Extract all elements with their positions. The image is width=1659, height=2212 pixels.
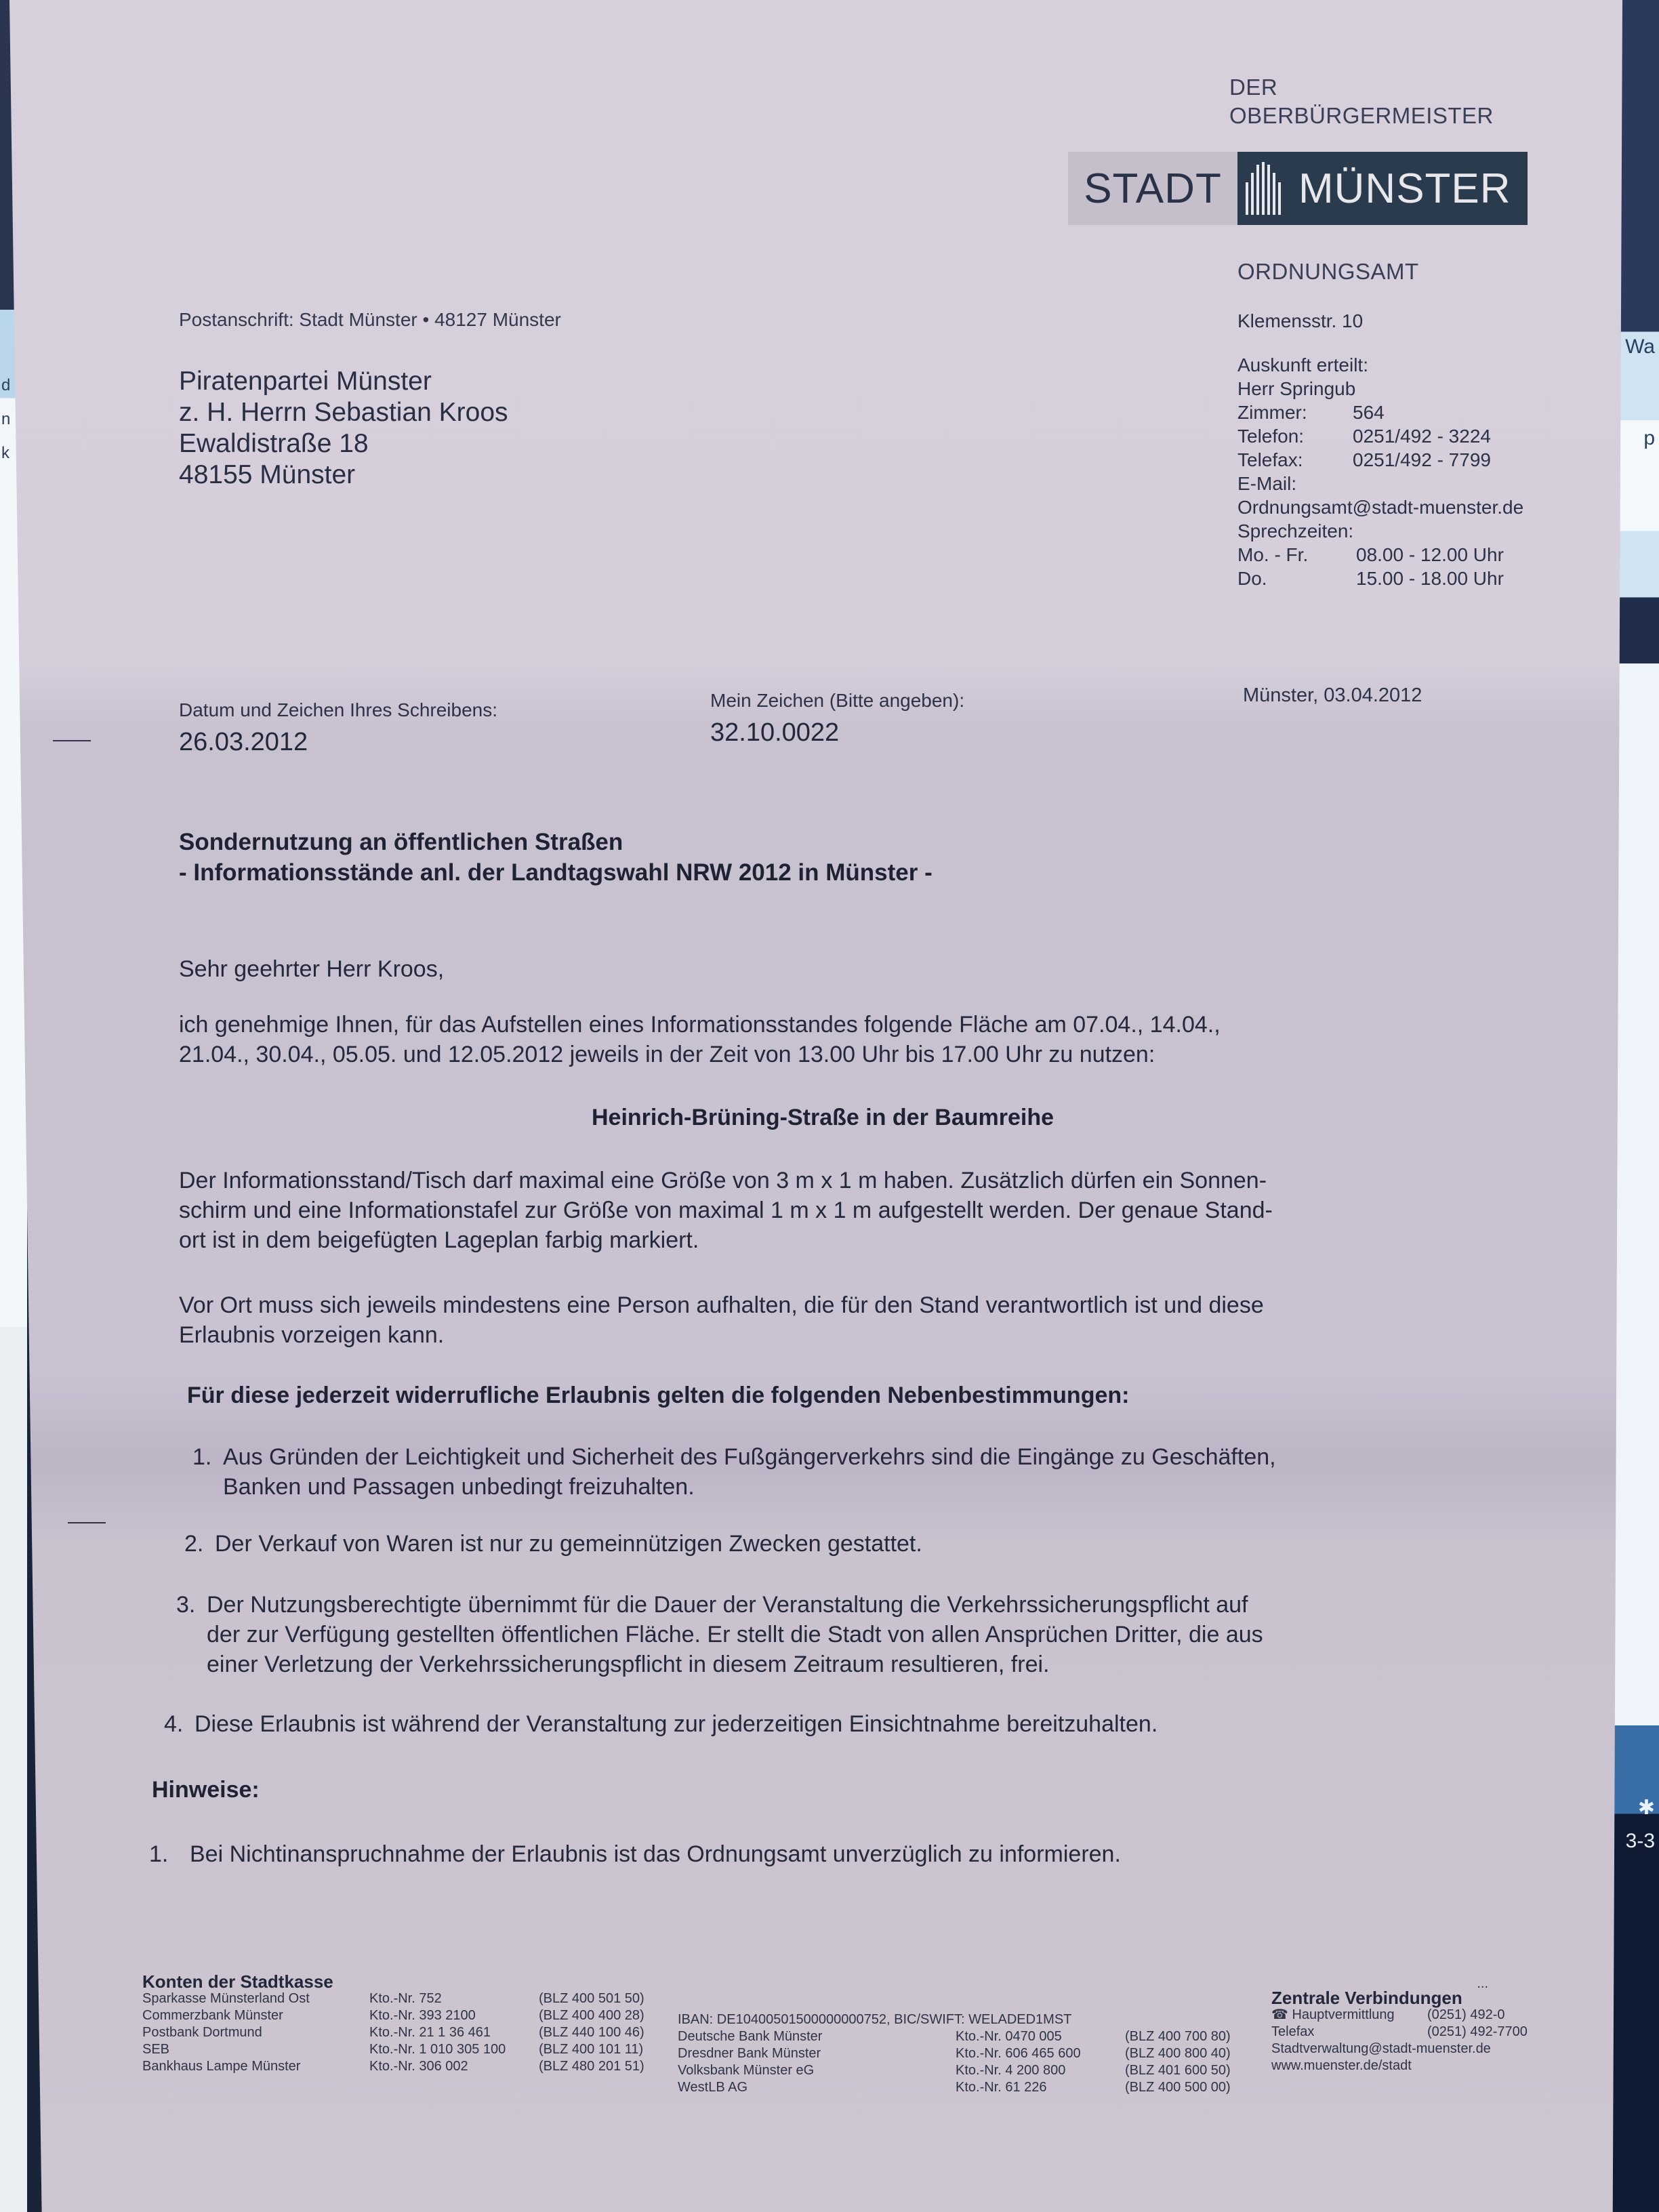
condition-item: 1. Aus Gründen der Leichtigkeit und Sich… — [192, 1442, 1480, 1502]
room-number: 564 — [1353, 401, 1385, 424]
condition-item: 4. Diese Erlaubnis ist während der Veran… — [164, 1709, 1486, 1739]
paragraph-permission: ich genehmige Ihnen, für das Aufstellen … — [179, 1010, 1480, 1069]
condition-item: 2. Der Verkauf von Waren ist nur zu geme… — [184, 1529, 1472, 1559]
central-fax-number: (0251) 492-7700 — [1427, 2024, 1528, 2041]
bank-row: Dresdner Bank MünsterKto.-Nr. 606 465 60… — [678, 2045, 1231, 2062]
hours-label: Sprechzeiten: — [1237, 519, 1523, 543]
subject: Sondernutzung an öffentlichen Straßen - … — [179, 827, 933, 888]
phone-row: Telefon: 0251/492 - 3224 — [1237, 424, 1523, 448]
email-label: E-Mail: — [1237, 472, 1523, 495]
fax-number: 0251/492 - 7799 — [1353, 448, 1491, 472]
paragraph-size: Der Informationsstand/Tisch darf maximal… — [179, 1166, 1480, 1255]
accounts-title: Konten der Stadtkasse — [142, 1973, 644, 1990]
footer-central-contacts: ... Zentrale Verbindungen ☎ Hauptvermitt… — [1271, 1978, 1528, 2074]
background-fragment: d — [1, 376, 10, 395]
logo-text-right: MÜNSTER — [1298, 165, 1511, 213]
footer-accounts-right: IBAN: DE10400501500000000752, BIC/SWIFT:… — [678, 2011, 1231, 2096]
bank-row: Commerzbank MünsterKto.-Nr. 393 2100(BLZ… — [142, 2007, 644, 2024]
recipient-line: z. H. Herrn Sebastian Kroos — [179, 397, 508, 428]
recipient-address: Piratenpartei Münster z. H. Herrn Sebast… — [179, 366, 508, 491]
authority-heading: DER OBERBÜRGERMEISTER — [1229, 73, 1494, 130]
recipient-line: Ewaldistraße 18 — [179, 428, 508, 459]
background-fragment: n — [1, 410, 10, 429]
background-fragment: k — [1, 444, 9, 463]
sender-contact-block: Klemensstr. 10 Auskunft erteilt: Herr Sp… — [1237, 309, 1523, 590]
iban-line: IBAN: DE10400501500000000752, BIC/SWIFT:… — [678, 2011, 1231, 2028]
cathedral-icon — [1246, 162, 1281, 215]
fax-row: Telefax: 0251/492 - 7799 — [1237, 448, 1523, 472]
phone-number: 0251/492 - 3224 — [1353, 424, 1491, 448]
bank-row: Postbank DortmundKto.-Nr. 21 1 36 461(BL… — [142, 2024, 644, 2041]
bank-row: Sparkasse Münsterland OstKto.-Nr. 752(BL… — [142, 1990, 644, 2007]
my-reference-value: 32.10.0022 — [710, 718, 964, 747]
website: www.muenster.de/stadt — [1271, 2057, 1528, 2074]
switchboard-number: (0251) 492-0 — [1427, 2007, 1505, 2024]
fold-mark — [68, 1522, 106, 1523]
bank-row: WestLB AGKto.-Nr. 61 226(BLZ 400 500 00) — [678, 2079, 1231, 2096]
background-fragment: p — [1643, 427, 1655, 450]
approved-location: Heinrich-Brüning-Straße in der Baumreihe — [179, 1105, 1467, 1131]
conditions-heading: Für diese jederzeit widerrufliche Erlaub… — [187, 1382, 1129, 1409]
telephone-icon: ☎ — [1271, 2007, 1288, 2022]
bank-row: Bankhaus Lampe MünsterKto.-Nr. 306 002(B… — [142, 2058, 644, 2075]
paragraph-presence: Vor Ort muss sich jeweils mindestens ein… — [179, 1290, 1480, 1350]
hours-row: Mo. - Fr. 08.00 - 12.00 Uhr — [1237, 543, 1523, 567]
background-fragment: 3-3 — [1626, 1830, 1655, 1853]
recipient-line: Piratenpartei Münster — [179, 366, 508, 397]
postal-return-address: Postanschrift: Stadt Münster • 48127 Mün… — [179, 309, 561, 331]
city-logo: STADT MÜNSTER — [1068, 152, 1528, 225]
footer-accounts-left: Konten der Stadtkasse Sparkasse Münsterl… — [142, 1973, 644, 2075]
authority-line: OBERBÜRGERMEISTER — [1229, 102, 1494, 130]
fold-mark — [53, 740, 91, 741]
sender-street: Klemensstr. 10 — [1237, 309, 1523, 333]
place-and-date: Münster, 03.04.2012 — [1243, 684, 1422, 707]
notes-heading: Hinweise: — [152, 1777, 260, 1803]
info-label: Auskunft erteilt: — [1237, 353, 1523, 377]
their-reference-value: 26.03.2012 — [179, 728, 497, 757]
background-fragment: Wa — [1625, 335, 1655, 359]
bank-row: Deutsche Bank MünsterKto.-Nr. 0470 005(B… — [678, 2028, 1231, 2045]
email-address: Ordnungsamt@stadt-muenster.de — [1237, 495, 1523, 519]
hours-row: Do. 15.00 - 18.00 Uhr — [1237, 567, 1523, 590]
letter-page: DER OBERBÜRGERMEISTER STADT MÜNSTER ORDN… — [9, 0, 1622, 2212]
central-email: Stadtverwaltung@stadt-muenster.de — [1271, 2041, 1528, 2057]
department-name: ORDNUNGSAMT — [1237, 259, 1419, 285]
contact-person: Herr Springub — [1237, 377, 1523, 401]
bank-row: Volksbank Münster eGKto.-Nr. 4 200 800(B… — [678, 2062, 1231, 2079]
note-item: 1. Bei Nichtinanspruchnahme der Erlaubni… — [149, 1839, 1471, 1869]
my-reference: Mein Zeichen (Bitte angeben): 32.10.0022 — [710, 690, 964, 747]
bank-row: SEBKto.-Nr. 1 010 305 100(BLZ 400 101 11… — [142, 2041, 644, 2058]
condition-item: 3. Der Nutzungsberechtigte übernimmt für… — [176, 1590, 1498, 1679]
logo-text-left: STADT — [1068, 152, 1237, 225]
their-reference: Datum und Zeichen Ihres Schreibens: 26.0… — [179, 699, 497, 757]
room-row: Zimmer: 564 — [1237, 401, 1523, 424]
bluetooth-icon: ✱ — [1638, 1796, 1655, 1820]
recipient-line: 48155 Münster — [179, 459, 508, 491]
salutation: Sehr geehrter Herr Kroos, — [179, 954, 1480, 984]
central-title: Zentrale Verbindungen — [1271, 1990, 1528, 2007]
authority-line: DER — [1229, 73, 1494, 102]
logo-box: MÜNSTER — [1237, 152, 1528, 225]
